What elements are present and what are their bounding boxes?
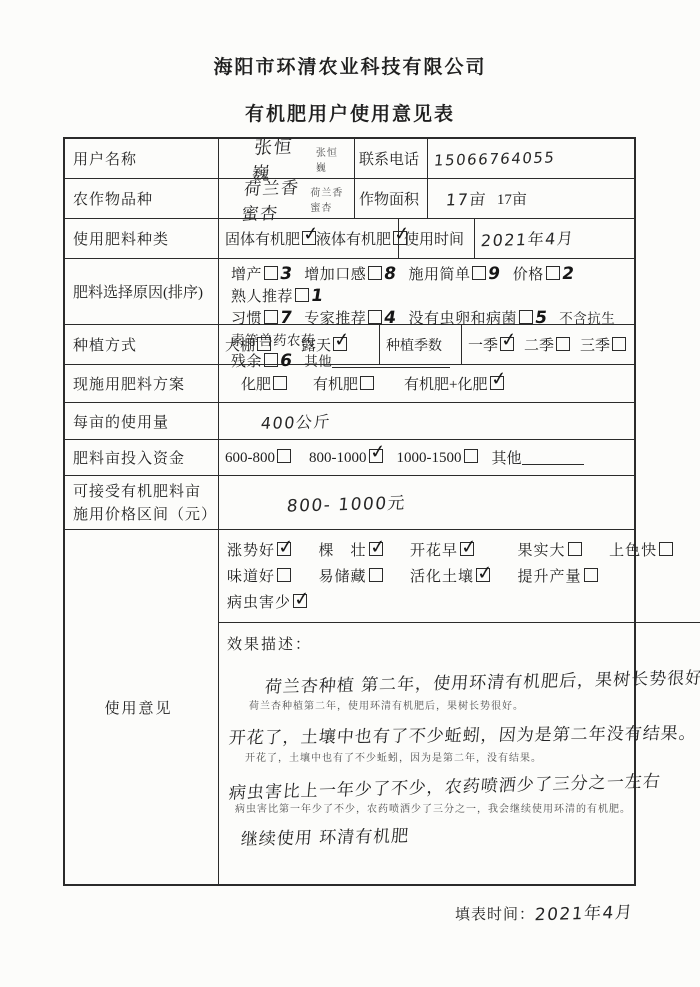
company-title: 海阳市环清农业科技有限公司 xyxy=(0,52,700,79)
checkbox-checked-icon xyxy=(293,594,307,608)
fill-date-label: 填表时间： xyxy=(455,907,535,923)
price-range-label-line2: 施用价格区间（元） xyxy=(73,504,212,527)
option-600-800-label: 600-800 xyxy=(225,450,275,466)
phone-label: 联系电话 xyxy=(355,139,428,178)
effect-handwriting-line4: 继续使用 环清有机肥 xyxy=(240,815,700,850)
use-time-handwriting: 2021年4月 xyxy=(480,226,576,252)
reason-item: 价格2 xyxy=(513,267,582,283)
opinion-label: 使用意见 xyxy=(65,530,219,884)
checkbox-icon xyxy=(584,568,598,582)
option-one-season: 一季 xyxy=(468,334,514,355)
option-open-air: 露天 xyxy=(301,334,347,355)
crop-cell: 荷兰香蜜杏 荷兰香蜜杏 xyxy=(219,179,355,218)
checkbox-icon xyxy=(464,449,478,463)
reason-text: 施用简单 xyxy=(408,267,470,283)
form-title: 有机肥用户使用意见表 xyxy=(0,99,700,126)
option-organic-plus-chemical: 有机肥+化肥 xyxy=(404,373,503,394)
checkbox-checked-icon xyxy=(490,376,504,390)
check-easy-storage: 易储藏 xyxy=(319,569,383,585)
area-label: 作物面积 xyxy=(355,179,428,218)
option-liquid-organic-label: 液体有机肥 xyxy=(316,232,391,248)
effect-description: 效果描述： 荷兰杏种植 第二年，使用环清有机肥后，果树长势很好 荷兰杏种植第二年… xyxy=(219,623,700,884)
effect-handwriting-line3: 病虫害比上一年少了不少，农药喷洒少了三分之一左右 xyxy=(228,765,700,803)
option-greenhouse-label: 大棚 xyxy=(225,338,255,354)
effect-handwriting-line1: 荷兰杏种植 第二年，使用环清有机肥后，果树长势很好 xyxy=(264,663,700,697)
checkbox-icon xyxy=(546,266,560,280)
reason-text: 增产 xyxy=(231,267,262,283)
row-user: 用户名称 张恒巍 张恒巍 联系电话 15066764055 xyxy=(65,139,634,179)
checkbox-icon xyxy=(568,542,582,556)
checkbox-icon xyxy=(360,376,374,390)
price-range-handwriting: 800- 1000元 xyxy=(286,488,408,516)
checkbox-icon xyxy=(368,266,382,280)
row-investment: 肥料亩投入资金 600-800 800-1000 1000-1500 其他 xyxy=(65,440,634,476)
check-big-fruit-label: 果实大 xyxy=(518,543,566,559)
checkbox-icon xyxy=(273,376,287,390)
checkbox-icon xyxy=(264,310,278,324)
option-chemical-label: 化肥 xyxy=(241,377,271,393)
row-opinion: 使用意见 涨势好 棵 壮 开花早 果实大 上色快 味道好 易储藏 xyxy=(65,530,634,884)
check-good-taste-label: 味道好 xyxy=(227,569,275,585)
seasons-label: 种植季数 xyxy=(380,325,462,364)
check-early-bloom: 开花早 xyxy=(410,543,474,559)
rank-handwriting: 3 xyxy=(278,264,294,285)
option-solid-organic-label: 固体有机肥 xyxy=(225,232,300,248)
checkbox-icon xyxy=(277,449,291,463)
method-label: 种植方式 xyxy=(65,325,219,364)
crop-annotation: 荷兰香蜜杏 xyxy=(310,184,348,214)
checkbox-icon xyxy=(612,337,626,351)
checkbox-checked-icon xyxy=(500,337,514,351)
rank-handwriting: 8 xyxy=(383,264,399,285)
check-big-fruit: 果实大 xyxy=(518,543,582,559)
option-open-air-label: 露天 xyxy=(301,338,331,354)
crop-label: 农作物品种 xyxy=(65,179,219,218)
reason-text: 熟人推荐 xyxy=(231,289,293,305)
amount-label: 每亩的使用量 xyxy=(65,403,219,439)
user-name-label: 用户名称 xyxy=(65,139,219,178)
rank-handwriting: 1 xyxy=(309,286,325,307)
check-raise-yield: 提升产量 xyxy=(518,569,598,585)
checkbox-icon xyxy=(264,353,278,367)
option-solid-organic: 固体有机肥 xyxy=(225,228,316,249)
effect-handwriting-line2: 开花了，土壤中也有了不少蚯蚓，因为是第二年没有结果。 xyxy=(228,719,700,749)
opinion-checkboxes: 涨势好 棵 壮 开花早 果实大 上色快 味道好 易储藏 活化土壤 xyxy=(219,530,700,623)
row-reasons: 肥料选择原因(排序) 增产3 增加口感8 施用简单9 价格2 熟人推荐1 习惯7… xyxy=(65,259,634,325)
row-price-range: 可接受有机肥料亩 施用价格区间（元） 800- 1000元 xyxy=(65,476,634,530)
amount-cell: 400公斤 xyxy=(219,403,634,439)
checkbox-icon xyxy=(659,542,673,556)
option-two-seasons-label: 二季 xyxy=(524,338,554,354)
option-800-1000-label: 800-1000 xyxy=(309,450,367,466)
checkbox-icon xyxy=(277,568,291,582)
reason-text: 增加口感 xyxy=(304,267,366,283)
price-range-cell: 800- 1000元 xyxy=(219,476,634,529)
row-fertilizer-type: 使用肥料种类 固体有机肥 液体有机肥 使用时间 2021年4月 xyxy=(65,219,634,259)
option-other-label: 其他 xyxy=(492,451,522,467)
use-time-cell: 2021年4月 xyxy=(475,219,634,258)
check-activate-soil-label: 活化土壤 xyxy=(410,569,474,585)
option-greenhouse: 大棚 xyxy=(225,334,271,355)
check-less-pests-label: 病虫害少 xyxy=(227,595,291,611)
user-name-cell: 张恒巍 张恒巍 xyxy=(219,139,355,178)
option-two-seasons: 二季 xyxy=(524,334,570,355)
reason-item: 熟人推荐1 xyxy=(231,289,331,305)
checkbox-icon xyxy=(257,337,271,351)
checkbox-icon xyxy=(295,288,309,302)
option-organic: 有机肥 xyxy=(313,373,374,394)
option-organic-label: 有机肥 xyxy=(313,377,358,393)
form-header: 海阳市环清农业科技有限公司 有机肥用户使用意见表 xyxy=(0,52,700,126)
investment-options: 600-800 800-1000 1000-1500 其他 xyxy=(219,440,634,475)
option-organic-plus-chemical-label: 有机肥+化肥 xyxy=(404,377,487,393)
checkbox-icon xyxy=(264,266,278,280)
price-range-label-line1: 可接受有机肥料亩 xyxy=(73,481,212,504)
amount-handwriting: 400公斤 xyxy=(260,409,332,434)
row-amount: 每亩的使用量 400公斤 xyxy=(65,403,634,440)
plan-label: 现施用肥料方案 xyxy=(65,365,219,402)
row-method: 种植方式 大棚 露天 种植季数 一季 二季 三季 xyxy=(65,325,634,365)
check-growth-label: 涨势好 xyxy=(227,543,275,559)
option-liquid-organic: 液体有机肥 xyxy=(316,228,407,249)
checkbox-icon xyxy=(368,310,382,324)
option-one-season-label: 一季 xyxy=(468,338,498,354)
checkbox-checked-icon xyxy=(277,542,291,556)
checkbox-icon xyxy=(472,266,486,280)
method-options: 大棚 露天 xyxy=(219,325,380,364)
user-name-annotation: 张恒巍 xyxy=(316,144,348,174)
row-plan: 现施用肥料方案 化肥 有机肥 有机肥+化肥 xyxy=(65,365,634,403)
effect-annotation-line1: 荷兰杏种植第二年，使用环清有机肥后，果树长势很好。 xyxy=(249,697,700,712)
option-800-1000: 800-1000 xyxy=(309,449,383,467)
check-raise-yield-label: 提升产量 xyxy=(518,569,582,585)
reason-item: 施用简单9 xyxy=(408,267,508,283)
check-less-pests: 病虫害少 xyxy=(227,595,307,611)
option-600-800: 600-800 xyxy=(225,449,291,467)
checkbox-checked-icon xyxy=(333,337,347,351)
check-growth: 涨势好 xyxy=(227,543,291,559)
fill-date-handwriting: 2021年4月 xyxy=(534,898,635,926)
reason-text: 价格 xyxy=(513,267,544,283)
check-easy-storage-label: 易储藏 xyxy=(319,569,367,585)
phone-handwriting: 15066764055 xyxy=(433,148,556,169)
checkbox-checked-icon xyxy=(476,568,490,582)
reason-item: 增加口感8 xyxy=(304,267,404,283)
check-early-bloom-label: 开花早 xyxy=(410,543,458,559)
checkbox-icon xyxy=(556,337,570,351)
reasons-cell: 增产3 增加口感8 施用简单9 价格2 熟人推荐1 习惯7 专家推荐4 没有虫卵… xyxy=(219,259,634,324)
effect-annotation-line2: 开花了，土壤中也有了不少蚯蚓，因为是第二年，没有结果。 xyxy=(245,749,700,764)
checkbox-checked-icon xyxy=(460,542,474,556)
check-fast-coloring: 上色快 xyxy=(609,543,673,559)
option-1000-1500-label: 1000-1500 xyxy=(397,450,462,466)
checkbox-checked-icon xyxy=(302,231,316,245)
option-other: 其他 xyxy=(492,447,584,468)
opinion-content: 涨势好 棵 壮 开花早 果实大 上色快 味道好 易储藏 活化土壤 xyxy=(219,530,700,884)
row-crop: 农作物品种 荷兰香蜜杏 荷兰香蜜杏 作物面积 17亩 17亩 xyxy=(65,179,634,219)
fertilizer-type-options: 固体有机肥 液体有机肥 xyxy=(219,219,399,258)
effect-annotation-line3: 病虫害比第一年少了不少，农药喷洒少了三分之一，我会继续使用环清的有机肥。 xyxy=(235,800,700,815)
check-activate-soil: 活化土壤 xyxy=(410,569,490,585)
option-three-seasons: 三季 xyxy=(580,334,626,355)
feedback-form-table: 用户名称 张恒巍 张恒巍 联系电话 15066764055 农作物品种 荷兰香蜜… xyxy=(63,137,636,886)
blank-underline xyxy=(522,451,584,465)
checkbox-checked-icon xyxy=(369,542,383,556)
checkbox-checked-icon xyxy=(393,231,407,245)
price-range-label: 可接受有机肥料亩 施用价格区间（元） xyxy=(65,476,219,529)
reason-item: 增产3 xyxy=(231,267,300,283)
area-print: 17亩 xyxy=(497,188,527,209)
effect-description-label: 效果描述： xyxy=(227,637,312,653)
seasons-options: 一季 二季 三季 xyxy=(462,325,634,364)
area-cell: 17亩 17亩 xyxy=(428,179,634,218)
area-handwriting: 17亩 xyxy=(445,186,488,210)
scanned-form-page: 海阳市环清农业科技有限公司 有机肥用户使用意见表 用户名称 张恒巍 张恒巍 联系… xyxy=(0,0,700,987)
rank-handwriting: 2 xyxy=(560,264,576,285)
reasons-label: 肥料选择原因(排序) xyxy=(65,259,219,324)
check-sturdy-plant: 棵 壮 xyxy=(319,543,383,559)
rank-handwriting: 9 xyxy=(487,264,503,285)
checkbox-icon xyxy=(519,310,533,324)
fertilizer-type-label: 使用肥料种类 xyxy=(65,219,219,258)
check-fast-coloring-label: 上色快 xyxy=(609,543,657,559)
checkbox-checked-icon xyxy=(369,449,383,463)
crop-handwriting: 荷兰香蜜杏 xyxy=(241,173,309,225)
check-good-taste: 味道好 xyxy=(227,569,291,585)
option-chemical: 化肥 xyxy=(241,373,287,394)
check-sturdy-plant-label: 棵 壮 xyxy=(319,543,367,559)
phone-cell: 15066764055 xyxy=(428,139,634,178)
investment-label: 肥料亩投入资金 xyxy=(65,440,219,475)
checkbox-icon xyxy=(369,568,383,582)
option-1000-1500: 1000-1500 xyxy=(397,449,478,467)
option-three-seasons-label: 三季 xyxy=(580,338,610,354)
fill-date: 填表时间：2021年4月 xyxy=(455,899,634,924)
